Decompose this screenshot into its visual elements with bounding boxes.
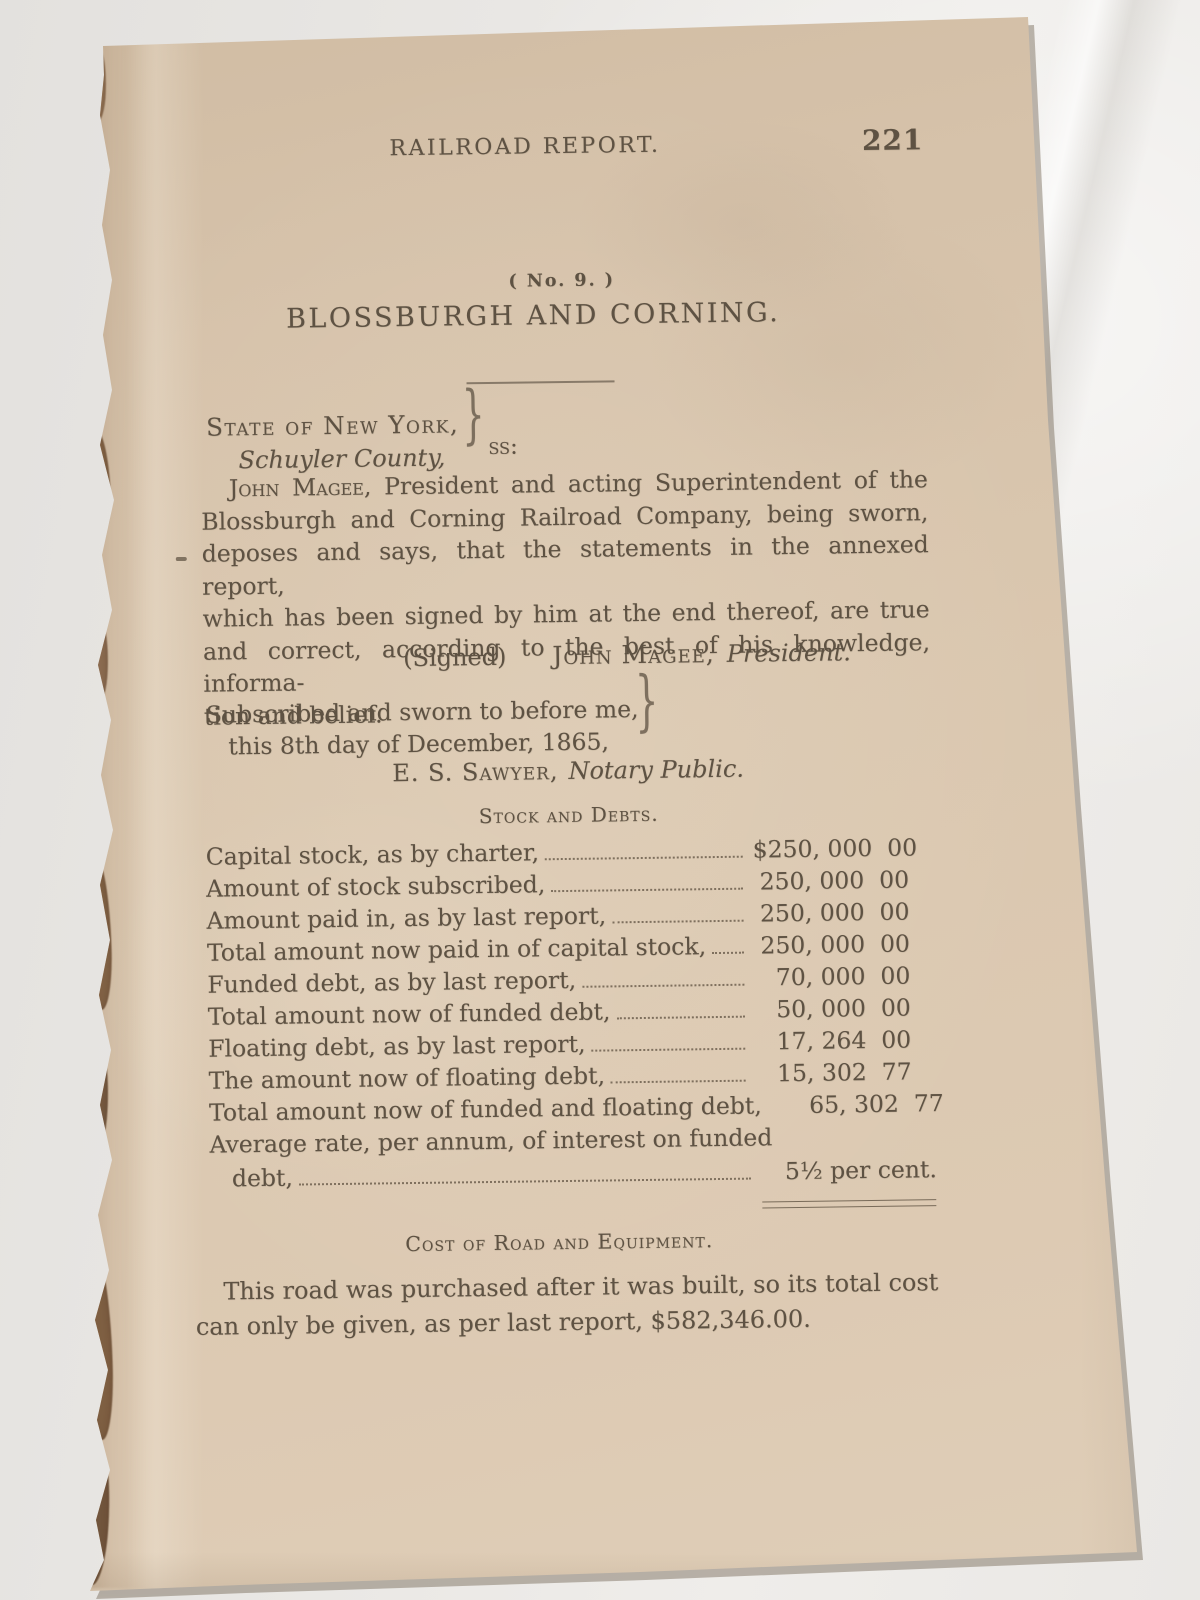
dot-leader [712, 952, 744, 954]
dot-leader [545, 856, 743, 861]
notary-name: E. S. Sawyer, [392, 757, 559, 787]
dot-leader [551, 888, 743, 893]
signed-label: (Signed) [403, 643, 507, 672]
row-value: 70, 000 00 [754, 961, 910, 991]
venue-state: State of New York, [206, 409, 459, 441]
signatory-name: John Magee, [552, 639, 715, 670]
sworn-brace: } [635, 685, 659, 717]
torn-edge-blob [85, 1048, 110, 1154]
row-label: debt, [232, 1164, 293, 1193]
report-number: ( No. 9. ) [198, 266, 925, 296]
row-value: 250, 000 00 [754, 929, 910, 959]
torn-edge-blob [92, 250, 104, 290]
signature-line: (Signed)John Magee,President. [403, 637, 851, 672]
margin-print-mark [176, 557, 187, 561]
affidavit-paragraph: John Magee, President and acting Superin… [201, 463, 931, 732]
row-label: Total amount now paid in of capital stoc… [207, 932, 706, 967]
row-value: 50, 000 00 [755, 993, 911, 1023]
dot-leader [611, 1080, 746, 1084]
dot-leader [299, 1178, 751, 1186]
dot-leader [612, 920, 743, 924]
row-value: 5½ per cent. [761, 1155, 937, 1185]
row-label: Capital stock, as by charter, [206, 838, 540, 870]
row-label: Amount of stock subscribed, [206, 870, 545, 902]
row-label: Total amount now of funded and floating … [209, 1091, 762, 1126]
row-label: Total amount now of funded debt, [208, 997, 611, 1030]
stock-and-debts-table: Capital stock, as by charter,$250, 000 0… [206, 833, 938, 1196]
average-rate-row: debt,5½ per cent. [210, 1155, 937, 1197]
row-value: 250, 000 00 [753, 898, 909, 928]
row-value: $250, 000 00 [752, 834, 908, 864]
photo-of-document: RAILROAD REPORT. 221 ( No. 9. ) BLOSSBUR… [0, 0, 1200, 1600]
dot-leader [616, 1016, 744, 1020]
affidavit-line: deposes and says, that the statements in… [202, 528, 930, 603]
notarization-block: Subscribed and sworn to before me, this … [206, 693, 639, 763]
document-page: RAILROAD REPORT. 221 ( No. 9. ) BLOSSBUR… [0, 0, 1200, 1600]
row-value: 17, 264 00 [755, 1025, 911, 1055]
running-header: RAILROAD REPORT. 221 [196, 129, 923, 164]
title-rule [467, 380, 615, 384]
row-label: Funded debt, as by last report, [207, 966, 576, 999]
row-label: The amount now of floating debt, [208, 1062, 605, 1095]
printed-content: RAILROAD REPORT. 221 ( No. 9. ) BLOSSBUR… [195, 0, 943, 1600]
row-value: 65, 302 77 [788, 1089, 944, 1119]
venue-brace: } [462, 399, 485, 432]
notary-title: Notary Public. [568, 755, 744, 785]
row-label: Amount paid in, as by last report, [206, 901, 606, 934]
torn-edge-shading [88, 38, 146, 1588]
row-label: Floating debt, as by last report, [208, 1030, 586, 1063]
running-header-title: RAILROAD REPORT. [196, 129, 923, 164]
row-value: 15, 302 77 [755, 1057, 911, 1087]
cost-of-road-paragraph: This road was purchased after it was bui… [195, 1265, 939, 1344]
affidavit-text: President and acting Superintendent of t… [384, 465, 928, 500]
dot-leader [592, 1048, 746, 1052]
page-number: 221 [862, 123, 924, 157]
report-title: BLOSSBURGH AND CORNING. [198, 295, 925, 336]
deponent-name: John Magee, [229, 473, 372, 503]
cost-of-road-heading: Cost of Road and Equipment. [211, 1225, 938, 1259]
table-closing-double-rule [762, 1199, 936, 1208]
torn-edge-blob [92, 1150, 104, 1195]
stock-and-debts-heading: Stock and Debts. [205, 798, 932, 832]
signatory-title: President. [727, 638, 851, 668]
venue-block: State of New York, Schuyler County, } ss… [200, 407, 460, 477]
dot-leader [582, 984, 744, 988]
ss-abbreviation: ss: [488, 431, 518, 464]
row-value: 250, 000 00 [753, 866, 909, 896]
